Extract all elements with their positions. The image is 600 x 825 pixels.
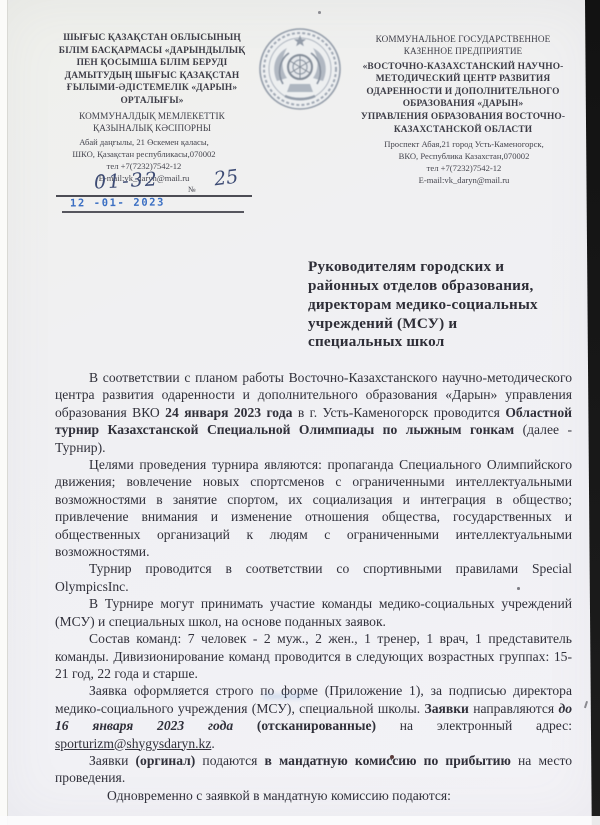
letterhead-org-russian: КОММУНАЛЬНОЕ ГОСУДАРСТВЕННОЕКАЗЕННОЕ ПРЕ… xyxy=(340,33,586,136)
paragraph: Одновременно с заявкой в мандатную комис… xyxy=(55,787,572,804)
number-sign: № xyxy=(188,185,196,194)
ink-smudge xyxy=(262,694,308,699)
incoming-date-stamp: 12 -01- 2023 xyxy=(70,197,165,210)
scanner-edge-bottom xyxy=(0,816,600,825)
org-name-russian: «ВОСТОЧНО-КАЗАХСТАНСКИЙ НАУЧНО-МЕТОДИЧЕС… xyxy=(340,61,586,137)
handwritten-outgoing-number: 01-32 xyxy=(93,168,159,193)
org-type-kazakh: КОММУНАЛДЫҚ МЕМЛЕКЕТТІКҚАЗЫНАЛЫҚ КӘСІПОР… xyxy=(46,110,258,135)
letterhead-org-kazakh: ШЫҒЫС ҚАЗАҚСТАН ОБЛЫСЫНЫҢБІЛІМ БАСҚАРМАС… xyxy=(46,32,258,134)
form-underline xyxy=(62,211,244,213)
paragraph: Заявки (оргинал) подаются в мандатную ко… xyxy=(55,752,572,787)
scan-mark xyxy=(584,701,588,708)
paragraph: Заявка оформляется строго по форме (Прил… xyxy=(55,682,572,752)
address-block-russian: Проспект Абая,21 город Усть-Каменогорск,… xyxy=(350,139,578,186)
paragraph: В Турнире могут принимать участие команд… xyxy=(55,595,572,630)
org-name-kazakh: ШЫҒЫС ҚАЗАҚСТАН ОБЛЫСЫНЫҢБІЛІМ БАСҚАРМАС… xyxy=(46,32,258,108)
paragraph: Турнир проводится в соответствии со спор… xyxy=(55,560,572,595)
handwritten-number-value: 25 xyxy=(213,166,240,191)
addressee-block: Руководителям городских ирайонных отдело… xyxy=(308,258,576,352)
kazakhstan-emblem-icon xyxy=(257,26,343,112)
letter-body: В соответствии с планом работы Восточно-… xyxy=(55,369,572,804)
paragraph: Целями проведения турнира являются: проп… xyxy=(55,456,572,560)
scanned-letter-page: ШЫҒЫС ҚАЗАҚСТАН ОБЛЫСЫНЫҢБІЛІМ БАСҚАРМАС… xyxy=(0,0,600,825)
paragraph: В соответствии с планом работы Восточно-… xyxy=(55,369,572,456)
scanner-edge-left xyxy=(0,0,8,825)
scan-speck xyxy=(517,587,520,590)
scan-speck xyxy=(390,755,394,759)
paragraph: Состав команд: 7 человек - 2 муж., 2 жен… xyxy=(55,630,572,682)
org-type-russian: КОММУНАЛЬНОЕ ГОСУДАРСТВЕННОЕКАЗЕННОЕ ПРЕ… xyxy=(340,33,586,58)
reference-number-area: 01-32 № 25 12 -01- 2023 xyxy=(56,172,261,218)
scan-speck xyxy=(318,11,321,14)
